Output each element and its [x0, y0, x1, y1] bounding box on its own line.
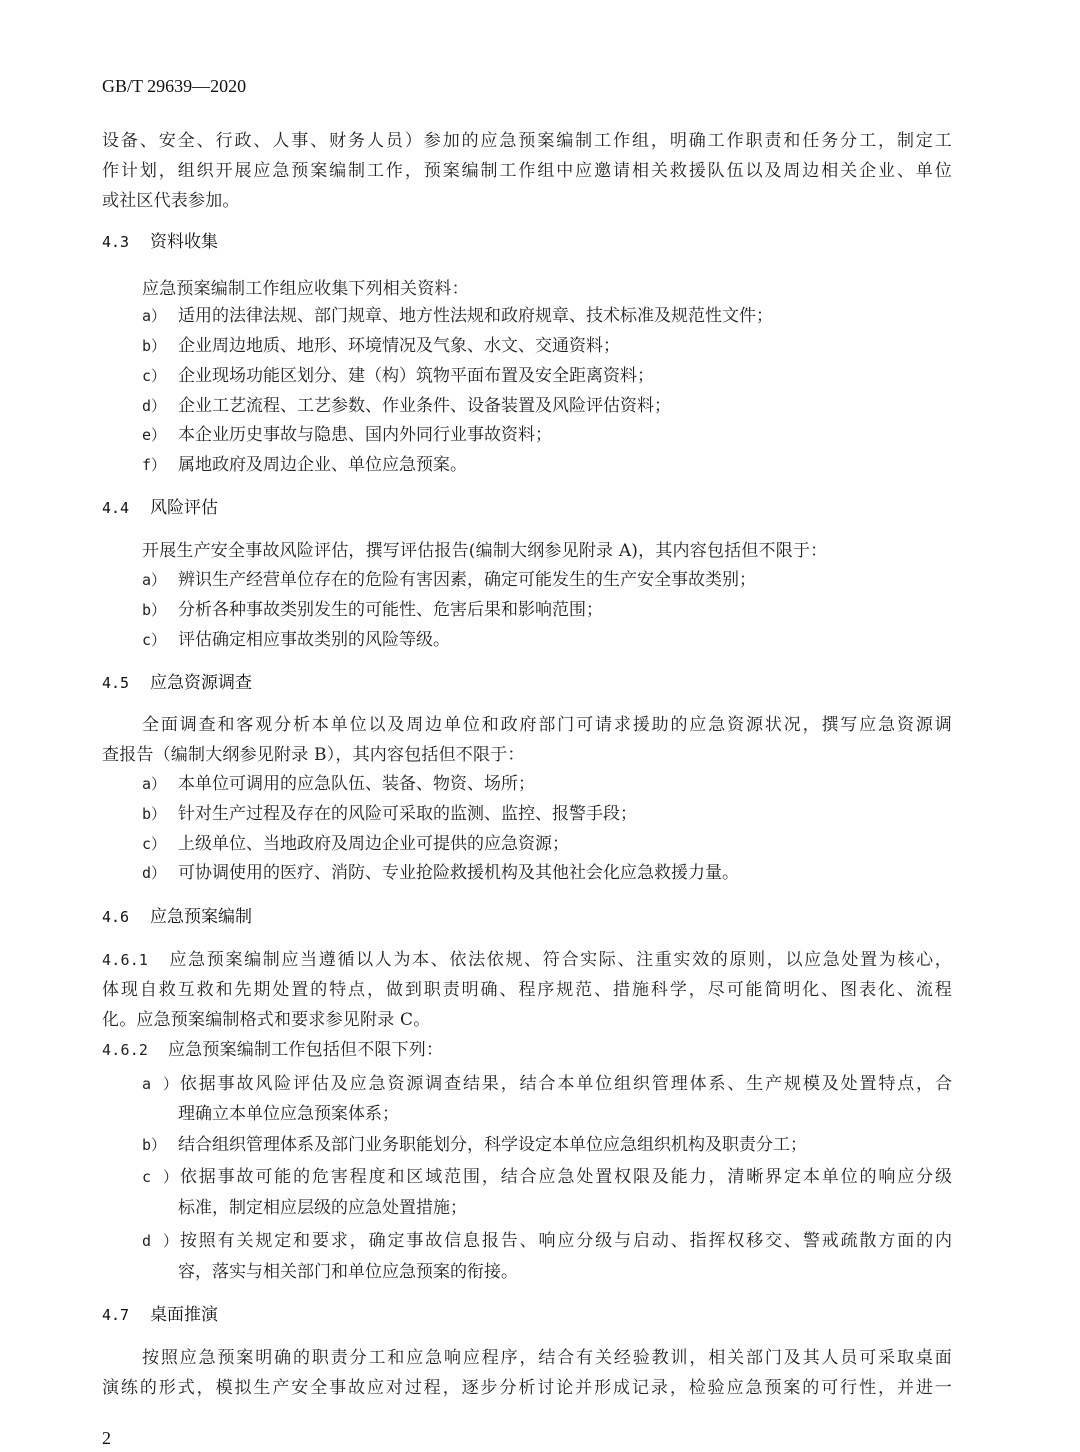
section-4-6-heading: 4.6应急预案编制: [102, 906, 252, 928]
subsection-4-6-2-lead: 4.6.2应急预案编制工作包括但不限下列：: [102, 1039, 443, 1061]
section-title: 风险评估: [150, 498, 218, 518]
intro-line-3: 或社区代表参加。: [102, 190, 240, 212]
list-item: c）评估确定相应事故类别的风险等级。: [142, 629, 450, 651]
subsection-4-6-1-line-3: 化。应急预案编制格式和要求参见附录 C。: [102, 1009, 430, 1031]
intro-line-1: 设备、安全、行政、人事、财务人员）参加的应急预案编制工作组，明确工作职责和任务分…: [102, 130, 952, 152]
section-4-7-heading: 4.7桌面推演: [102, 1304, 218, 1326]
section-number: 4.7: [102, 1304, 150, 1326]
section-number: 4.4: [102, 497, 150, 519]
list-item: c）上级单位、当地政府及周边企业可提供的应急资源；: [142, 833, 569, 855]
subsection-4-6-1-line-1: 4.6.1应急预案编制应当遵循以人为本、依法依规、符合实际、注重实效的原则，以应…: [102, 949, 952, 971]
list-item: a）辨识生产经营单位存在的危险有害因素，确定可能发生的生产安全事故类别；: [142, 569, 756, 591]
list-item: c）依据事故可能的危害程度和区域范围，结合应急处置权限及能力，清晰界定本单位的响…: [142, 1166, 952, 1188]
list-item: d）可协调使用的医疗、消防、专业抢险救援机构及其他社会化应急救援力量。: [142, 862, 739, 884]
list-item: d）企业工艺流程、工艺参数、作业条件、设备装置及风险评估资料；: [142, 395, 671, 417]
section-4-4-lead: 开展生产安全事故风险评估，撰写评估报告(编制大纲参见附录 A)，其内容包括但不限…: [142, 540, 827, 562]
intro-line-2: 作计划，组织开展应急预案编制工作，预案编制工作组中应邀请相关救援队伍以及周边相关…: [102, 160, 952, 182]
list-item: f）属地政府及周边企业、单位应急预案。: [142, 454, 467, 476]
subsection-number: 4.6.1: [102, 949, 168, 971]
section-4-3-heading: 4.3资料收集: [102, 231, 218, 253]
list-item: b）结合组织管理体系及部门业务职能划分，科学设定本单位应急组织机构及职责分工；: [142, 1134, 807, 1156]
section-4-5-heading: 4.5应急资源调查: [102, 672, 252, 694]
subsection-4-6-1-line-2: 体现自救互救和先期处置的特点，做到职责明确、程序规范、措施科学，尽可能简明化、图…: [102, 979, 952, 1001]
section-4-7-line-1: 按照应急预案明确的职责分工和应急响应程序，结合有关经验教训，相关部门及其人员可采…: [142, 1347, 952, 1369]
list-item: a）本单位可调用的应急队伍、装备、物资、场所；: [142, 773, 535, 795]
list-item-continuation: 理确立本单位应急预案体系；: [178, 1103, 399, 1125]
section-4-5-lead-line-2: 查报告（编制大纲参见附录 B），其内容包括但不限于：: [102, 744, 525, 766]
section-4-5-lead-line-1: 全面调查和客观分析本单位以及周边单位和政府部门可请求援助的应急资源状况，撰写应急…: [142, 714, 952, 736]
section-4-4-heading: 4.4风险评估: [102, 497, 218, 519]
list-item: b）针对生产过程及存在的风险可采取的监测、监控、报警手段；: [142, 803, 637, 825]
section-number: 4.3: [102, 231, 150, 253]
section-title: 桌面推演: [150, 1305, 218, 1325]
list-item-continuation: 容，落实与相关部门和单位应急预案的衔接。: [178, 1261, 518, 1283]
list-item: b）分析各种事故类别发生的可能性、危害后果和影响范围；: [142, 599, 603, 621]
list-item: d）按照有关规定和要求，确定事故信息报告、响应分级与启动、指挥权移交、警戒疏散方…: [142, 1230, 952, 1252]
section-4-3-lead: 应急预案编制工作组应收集下列相关资料：: [142, 278, 469, 300]
section-4-7-line-2: 演练的形式，模拟生产安全事故应对过程，逐步分析讨论并形成记录，检验应急预案的可行…: [102, 1377, 952, 1399]
list-item-continuation: 标准，制定相应层级的应急处置措施；: [178, 1197, 467, 1219]
section-title: 应急资源调查: [150, 673, 252, 693]
document-id: GB/T 29639—2020: [102, 76, 246, 97]
list-item: a）依据事故风险评估及应急资源调查结果，结合本单位组织管理体系、生产规模及处置特…: [142, 1073, 952, 1095]
section-number: 4.6: [102, 906, 150, 928]
list-item: c）企业现场功能区划分、建（构）筑物平面布置及安全距离资料；: [142, 365, 654, 387]
list-item: e）本企业历史事故与隐患、国内外同行业事故资料；: [142, 424, 552, 446]
section-title: 应急预案编制: [150, 907, 252, 927]
list-item: a）适用的法律法规、部门规章、地方性法规和政府规章、技术标准及规范性文件；: [142, 305, 773, 327]
section-number: 4.5: [102, 672, 150, 694]
subsection-number: 4.6.2: [102, 1039, 168, 1061]
list-item: b）企业周边地质、地形、环境情况及气象、水文、交通资料；: [142, 335, 620, 357]
section-title: 资料收集: [150, 232, 218, 252]
page-number: 2: [102, 1428, 111, 1449]
